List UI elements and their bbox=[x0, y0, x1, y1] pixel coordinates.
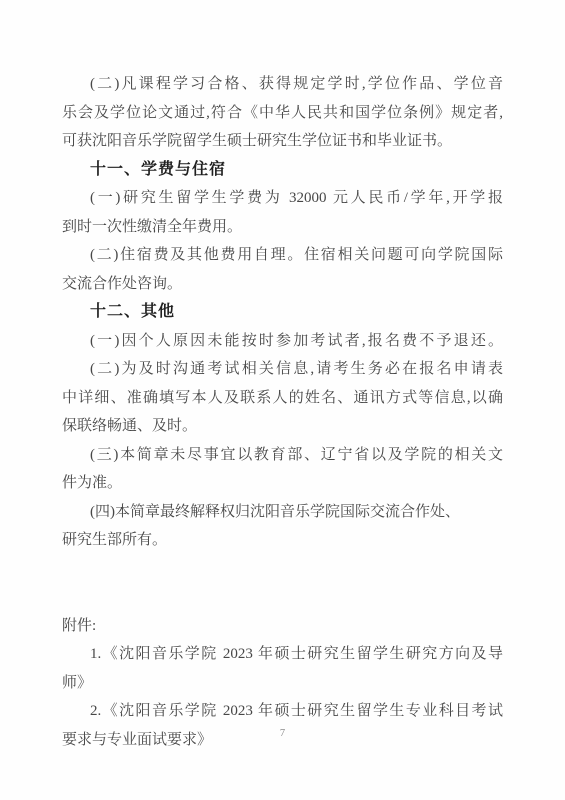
text-line: 可获沈阳音乐学院留学生硕士研究生学位证书和毕业证书。 bbox=[62, 127, 503, 156]
text-line: 中详细、准确填写本人及联系人的姓名、通讯方式等信息,以确 bbox=[62, 384, 503, 413]
text-line: 2.《沈阳音乐学院 2023 年硕士研究生留学生专业科目考试 bbox=[62, 697, 503, 726]
text-line: 到时一次性缴清全年费用。 bbox=[62, 213, 503, 242]
text-line: (一)因个人原因未能按时参加考试者,报名费不予退还。 bbox=[62, 327, 503, 356]
text-line: 师》 bbox=[62, 669, 503, 698]
text-line: (二)凡课程学习合格、获得规定学时,学位作品、学位音 bbox=[62, 70, 503, 99]
text-line: 交流合作处咨询。 bbox=[62, 270, 503, 299]
blank-line bbox=[62, 583, 503, 612]
section-heading: 十一、学费与住宿 bbox=[62, 156, 503, 185]
text-line: 件为准。 bbox=[62, 469, 503, 498]
text-line: 乐会及学位论文通过,符合《中华人民共和国学位条例》规定者, bbox=[62, 99, 503, 128]
text-line: 保联络畅通、及时。 bbox=[62, 412, 503, 441]
text-line: 1.《沈阳音乐学院 2023 年硕士研究生留学生研究方向及导 bbox=[62, 640, 503, 669]
text-line: 附件: bbox=[62, 612, 503, 641]
document-page: (二)凡课程学习合格、获得规定学时,学位作品、学位音乐会及学位论文通过,符合《中… bbox=[0, 0, 565, 800]
text-line: (四)本简章最终解释权归沈阳音乐学院国际交流合作处、 bbox=[62, 498, 503, 527]
text-line: (一)研究生留学生学费为 32000 元人民币/学年,开学报 bbox=[62, 184, 503, 213]
text-line: (二)为及时沟通考试相关信息,请考生务必在报名申请表 bbox=[62, 355, 503, 384]
section-heading: 十二、其他 bbox=[62, 298, 503, 327]
document-body: (二)凡课程学习合格、获得规定学时,学位作品、学位音乐会及学位论文通过,符合《中… bbox=[62, 70, 503, 754]
text-line: (二)住宿费及其他费用自理。住宿相关问题可向学院国际 bbox=[62, 241, 503, 270]
text-line: (三)本简章未尽事宜以教育部、辽宁省以及学院的相关文 bbox=[62, 441, 503, 470]
page-number: 7 bbox=[0, 728, 565, 739]
text-line: 研究生部所有。 bbox=[62, 526, 503, 555]
blank-line bbox=[62, 555, 503, 584]
